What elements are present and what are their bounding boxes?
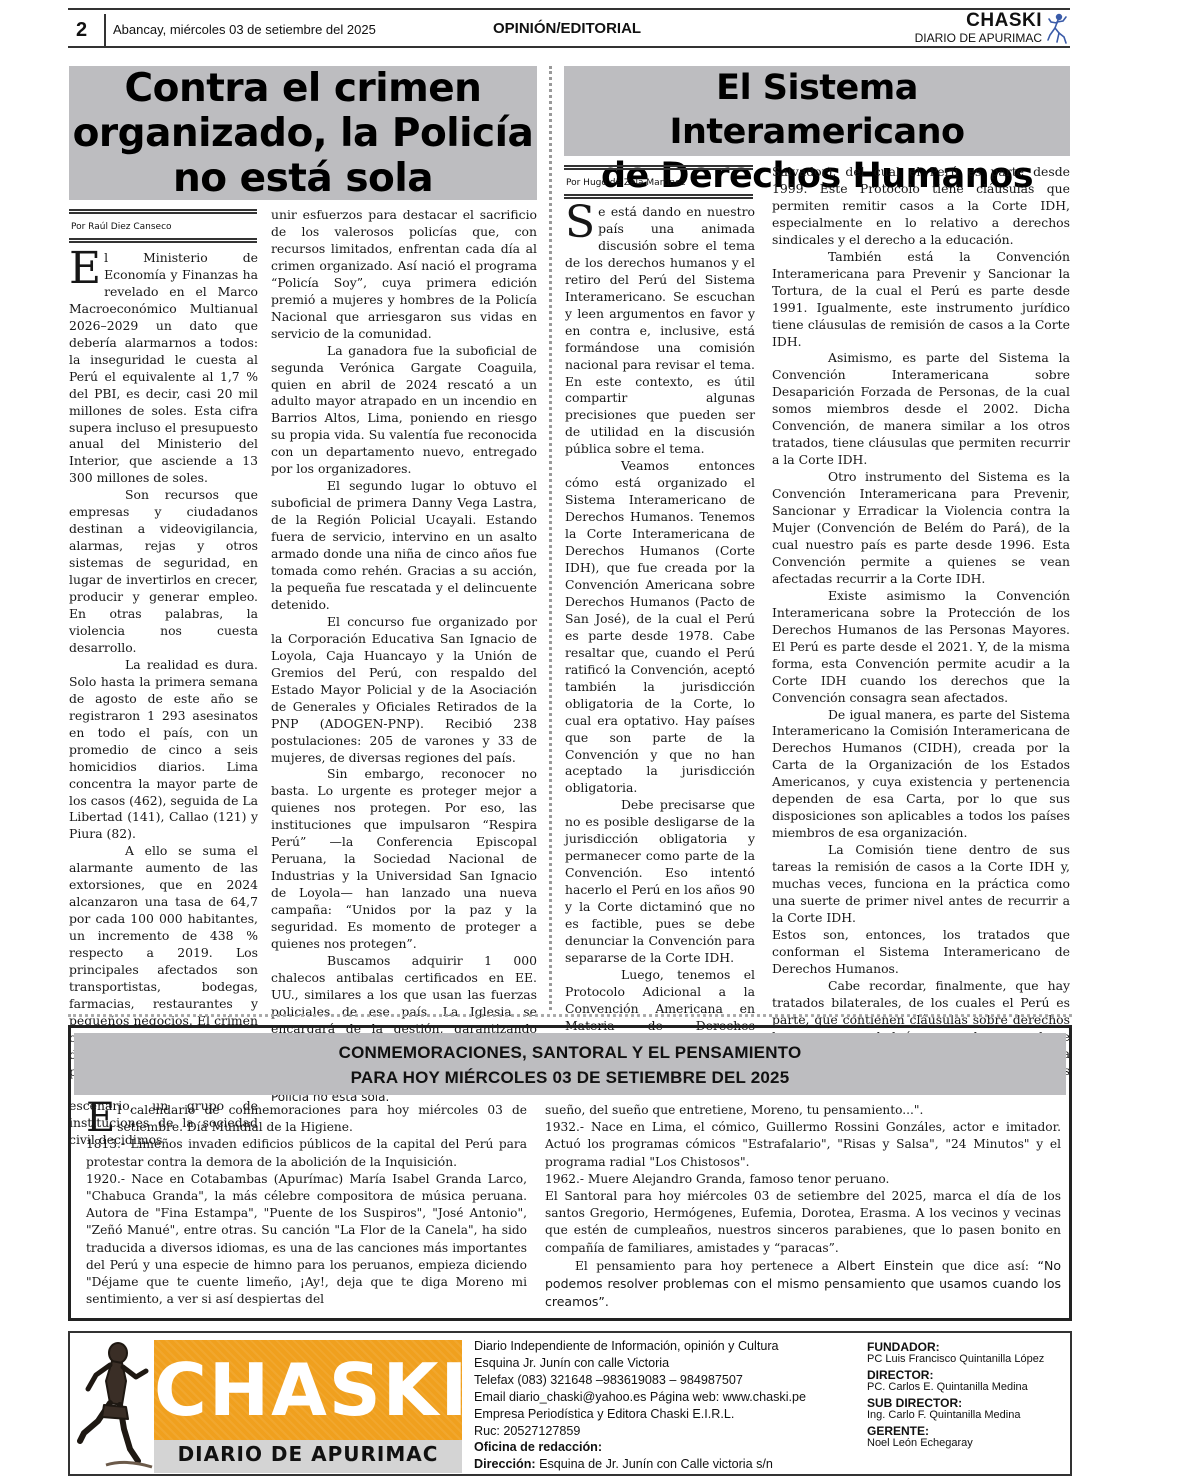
- publisher-footer: CHASKI DIARIO DE APURIMAC Diario Indepen…: [68, 1331, 1072, 1476]
- section-separator: [68, 1014, 1072, 1017]
- calendar-title-line-1: CONMEMORACIONES, SANTORAL Y EL PENSAMIEN…: [74, 1040, 1066, 1065]
- address-line: Dirección: Esquina de Jr. Junín con Call…: [474, 1456, 806, 1473]
- author-name: Por Hugo de Zela Martínez: [564, 170, 753, 194]
- paragraph: La ganadora fue la suboficial de segunda…: [271, 343, 537, 479]
- brand-name: CHASKI: [915, 11, 1042, 31]
- calendar-header: CONMEMORACIONES, SANTORAL Y EL PENSAMIEN…: [74, 1033, 1066, 1095]
- thought-author: Albert Einstein: [837, 1258, 933, 1273]
- article-left-column-2: unir esfuerzos para destacar el sacrific…: [271, 207, 537, 1106]
- office-label: Oficina de redacción:: [474, 1439, 806, 1456]
- staff-role: SUB DIRECTOR:: [867, 1397, 1071, 1409]
- masthead-divider: [104, 14, 106, 46]
- calendar-right-column: sueño, del sueño que entretiene, Moreno,…: [545, 1102, 1061, 1311]
- headline-line: Contra el crimen: [69, 66, 537, 111]
- column-separator: [549, 66, 552, 1010]
- author-name: Por Raúl Diez Canseco: [69, 214, 257, 238]
- paragraph: El concurso fue organizado por la Corpor…: [271, 614, 537, 767]
- info-line: Telefax (083) 321648 –983619083 – 984987…: [474, 1372, 806, 1389]
- byline-left: Por Raúl Diez Canseco: [69, 209, 257, 243]
- paragraph: Sin embargo, reconocer no basta. Lo urge…: [271, 766, 537, 952]
- info-line: Esquina Jr. Junín con calle Victoria: [474, 1355, 806, 1372]
- paragraph: Son recursos que empresas y ciudadanos d…: [69, 487, 258, 657]
- paragraph: El Ministerio de Economía y Finanzas ha …: [69, 250, 258, 487]
- calendar-entry: 1932.- Nace en Lima, el cómico, Guillerm…: [545, 1119, 1061, 1171]
- headline-line: organizado, la Policía: [69, 111, 537, 156]
- headline-right: El Sistema Interamericano de Derechos Hu…: [564, 66, 1070, 156]
- logo-subtitle: DIARIO DE APURIMAC: [154, 1442, 462, 1466]
- headline-line: no está sola: [69, 156, 537, 201]
- paragraph: También está la Convención Interamerican…: [772, 249, 1070, 351]
- brand-subtitle: DIARIO DE APURIMAC: [915, 31, 1042, 45]
- drop-cap: S: [565, 204, 598, 240]
- info-line: Empresa Periodística y Editora Chaski E.…: [474, 1406, 806, 1423]
- chaski-runner-icon: [1046, 13, 1068, 45]
- staff-name: Ing. Carlo F. Quintanilla Medina: [867, 1409, 1071, 1421]
- byline-right: Por Hugo de Zela Martínez: [564, 165, 753, 199]
- article-right-column-2: Salvador), del cual el Perú es parte des…: [772, 164, 1070, 1096]
- calendar-entry: 1813.- Limeños invaden edificios público…: [86, 1136, 527, 1170]
- drop-cap: E: [86, 1102, 117, 1133]
- paragraph: Veamos entonces cómo está organizado el …: [565, 458, 755, 797]
- calendar-entry: El calendario de conmemoraciones para ho…: [86, 1102, 527, 1136]
- chaski-runner-icon: [76, 1341, 156, 1471]
- calendar-title-line-2: PARA HOY MIÉRCOLES 03 DE SETIEMBRE DEL 2…: [74, 1065, 1066, 1090]
- page-masthead: 2 Abancay, miércoles 03 de setiembre del…: [68, 8, 1070, 48]
- staff-name: PC. Carlos E. Quintanilla Medina: [867, 1381, 1071, 1393]
- paragraph: De igual manera, es parte del Sistema In…: [772, 707, 1070, 843]
- headline-line: El Sistema Interamericano: [564, 66, 1070, 154]
- issue-date: Abancay, miércoles 03 de setiembre del 2…: [113, 22, 376, 37]
- thought-of-the-day: El pensamiento para hoy pertenece a Albe…: [545, 1257, 1061, 1312]
- santoral-entry: El Santoral para hoy miércoles 03 de set…: [545, 1188, 1061, 1257]
- publisher-info: Diario Independiente de Información, opi…: [474, 1338, 806, 1473]
- staff-role: DIRECTOR:: [867, 1369, 1071, 1381]
- staff-name: PC Luis Francisco Quintanilla López: [867, 1353, 1071, 1365]
- staff-role: GERENTE:: [867, 1425, 1071, 1437]
- calendar-entry: sueño, del sueño que entretiene, Moreno,…: [545, 1102, 1061, 1119]
- calendar-entry: 1920.- Nace en Cotabambas (Apurímac) Mar…: [86, 1171, 527, 1309]
- brand-block: CHASKI DIARIO DE APURIMAC: [915, 11, 1042, 45]
- paragraph: La Comisión tiene dentro de sus tareas l…: [772, 842, 1070, 927]
- calendar-left-column: El calendario de conmemoraciones para ho…: [86, 1102, 527, 1308]
- info-line: Email diario_chaski@yahoo.es Página web:…: [474, 1389, 806, 1406]
- drop-cap: E: [69, 250, 104, 286]
- chaski-logo: CHASKI DIARIO DE APURIMAC: [72, 1335, 462, 1473]
- calendar-box: CONMEMORACIONES, SANTORAL Y EL PENSAMIEN…: [68, 1025, 1072, 1321]
- paragraph: Existe asimismo la Convención Interameri…: [772, 588, 1070, 707]
- paragraph: Asimismo, es parte del Sistema la Conven…: [772, 350, 1070, 469]
- paragraph: Otro instrumento del Sistema es la Conve…: [772, 469, 1070, 588]
- info-line: Ruc: 20527127859: [474, 1423, 806, 1440]
- paragraph: Se está dando en nuestro país una animad…: [565, 204, 755, 458]
- article-right-column-1: Se está dando en nuestro país una animad…: [565, 204, 755, 1069]
- calendar-entry: 1962.- Muere Alejandro Granda, famoso te…: [545, 1171, 1061, 1188]
- headline-left: Contra el crimen organizado, la Policía …: [69, 66, 537, 200]
- staff-list: FUNDADOR: PC Luis Francisco Quintanilla …: [867, 1337, 1071, 1453]
- logo-wordmark: CHASKI: [154, 1347, 462, 1433]
- section-title: OPINIÓN/EDITORIAL: [493, 20, 641, 37]
- staff-role: FUNDADOR:: [867, 1341, 1071, 1353]
- paragraph: unir esfuerzos para destacar el sacrific…: [271, 207, 537, 343]
- paragraph: El segundo lugar lo obtuvo el suboficial…: [271, 478, 537, 614]
- info-line: Diario Independiente de Información, opi…: [474, 1338, 806, 1355]
- page-number: 2: [76, 19, 87, 42]
- paragraph: Salvador), del cual el Perú es parte des…: [772, 164, 1070, 249]
- staff-name: Noel León Echegaray: [867, 1437, 1071, 1449]
- paragraph: Estos son, entonces, los tratados que co…: [772, 927, 1070, 978]
- paragraph: La realidad es dura. Solo hasta la prime…: [69, 657, 258, 843]
- paragraph: Debe precisarse que no es posible deslig…: [565, 797, 755, 967]
